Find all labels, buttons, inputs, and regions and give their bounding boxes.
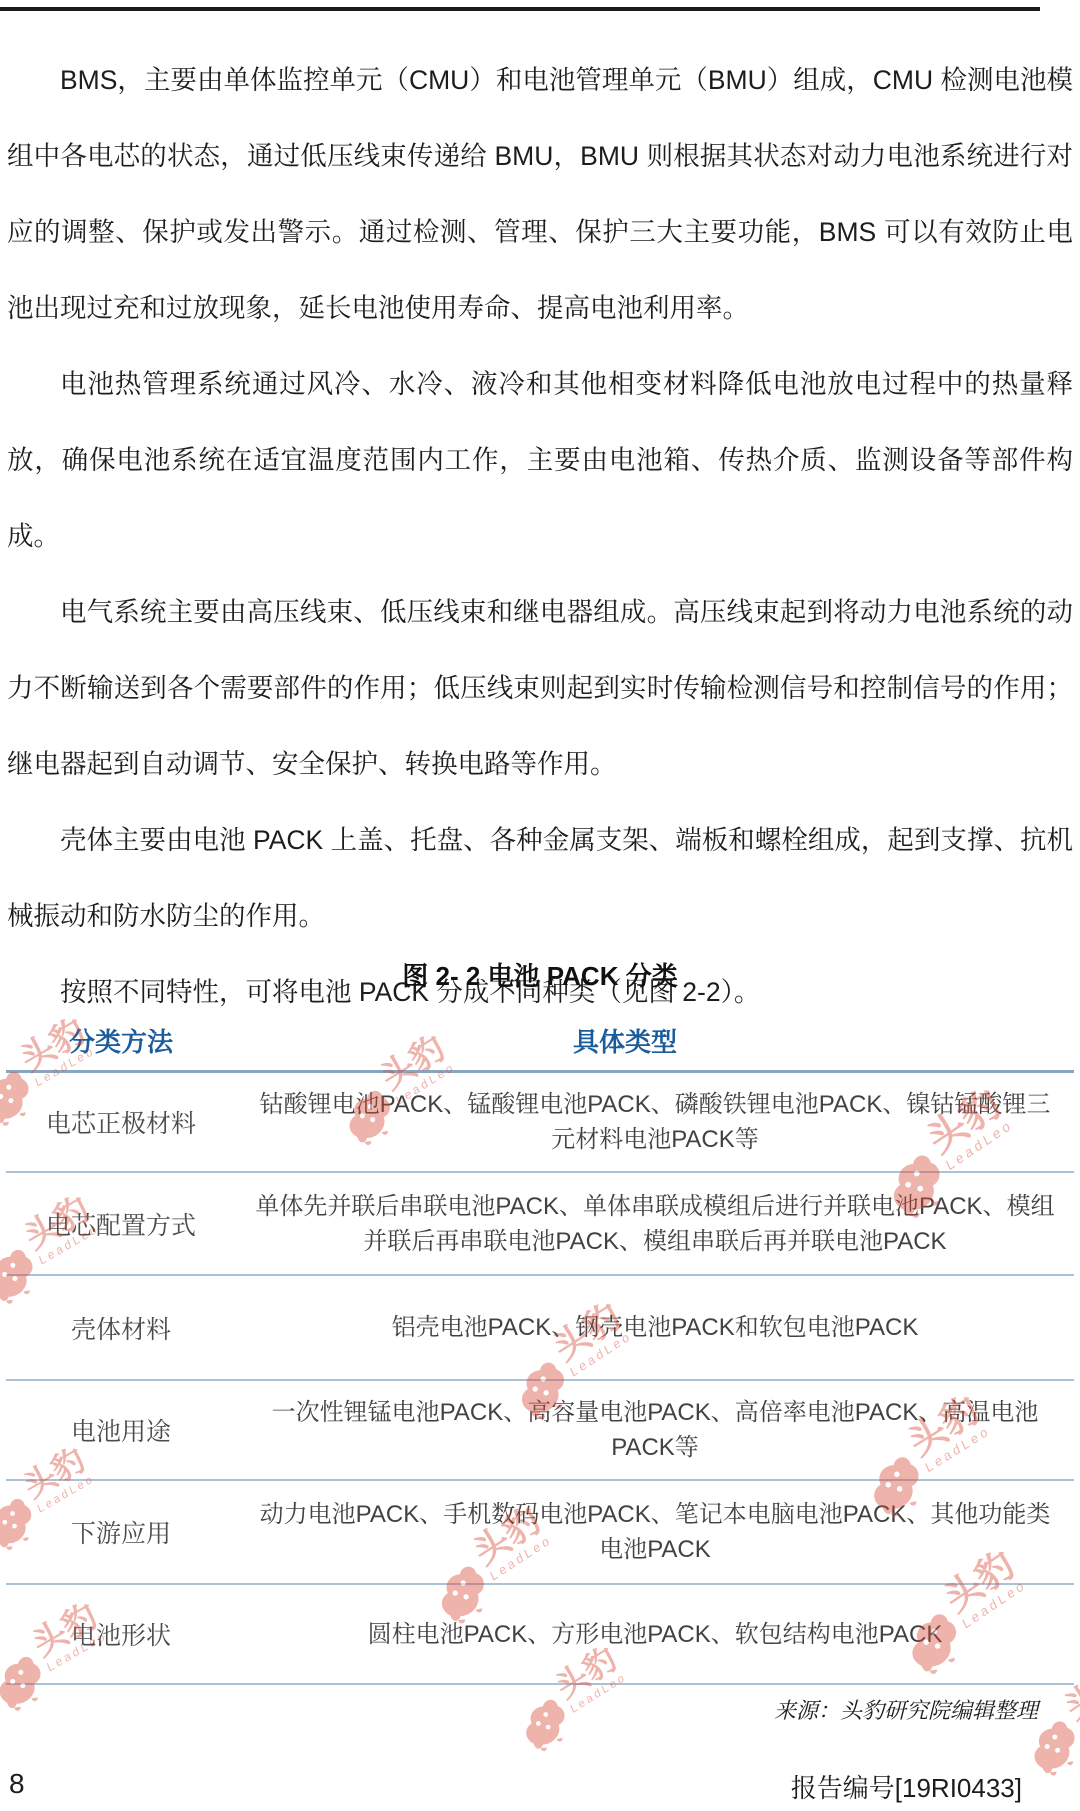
classification-table: 分类方法 具体类型 电芯正极材料钴酸锂电池PACK、锰酸锂电池PACK、磷酸铁锂… <box>6 1010 1074 1685</box>
table-cell-type: 钴酸锂电池PACK、锰酸锂电池PACK、磷酸铁锂电池PACK、镍钴锰酸锂三元材料… <box>236 1073 1074 1171</box>
paragraph-4: 壳体主要由电池 PACK 上盖、托盘、各种金属支架、端板和螺栓组成，起到支撑、抗… <box>7 802 1073 954</box>
figure-caption: 图 2- 2 电池 PACK 分类 <box>0 948 1080 1004</box>
table-cell-method: 电池用途 <box>6 1381 236 1479</box>
table-cell-method: 壳体材料 <box>6 1276 236 1379</box>
table-cell-type: 圆柱电池PACK、方形电池PACK、软包结构电池PACK <box>236 1585 1074 1683</box>
leopard-icon <box>504 1685 580 1761</box>
paragraph-3: 电气系统主要由高压线束、低压线束和继电器组成。高压线束起到将动力电池系统的动力不… <box>7 574 1073 802</box>
table-cell-type: 动力电池PACK、手机数码电池PACK、笔记本电脑电池PACK、其他功能类电池P… <box>236 1481 1074 1583</box>
table-cell-type: 单体先并联后串联电池PACK、单体串联成模组后进行并联电池PACK、模组并联后再… <box>236 1173 1074 1274</box>
table-row: 电芯正极材料钴酸锂电池PACK、锰酸锂电池PACK、磷酸铁锂电池PACK、镍钴锰… <box>6 1073 1074 1173</box>
table-cell-type: 铝壳电池PACK、钢壳电池PACK和软包电池PACK <box>236 1276 1074 1379</box>
table-cell-method: 电池形状 <box>6 1585 236 1683</box>
paragraph-1: BMS，主要由单体监控单元（CMU）和电池管理单元（BMU）组成，CMU 检测电… <box>7 42 1073 346</box>
table-cell-method: 电芯正极材料 <box>6 1073 236 1171</box>
table-row: 下游应用动力电池PACK、手机数码电池PACK、笔记本电脑电池PACK、其他功能… <box>6 1481 1074 1585</box>
table-row: 电芯配置方式单体先并联后串联电池PACK、单体串联成模组后进行并联电池PACK、… <box>6 1173 1074 1276</box>
page-number: 8 <box>9 1768 25 1800</box>
source-note: 来源：头豹研究院编辑整理 <box>774 1694 1038 1725</box>
table-row: 电池形状圆柱电池PACK、方形电池PACK、软包结构电池PACK <box>6 1585 1074 1685</box>
table-cell-method: 电芯配置方式 <box>6 1173 236 1274</box>
table-header-type: 具体类型 <box>236 1022 1074 1059</box>
table-header-row: 分类方法 具体类型 <box>6 1010 1074 1073</box>
table-cell-method: 下游应用 <box>6 1481 236 1583</box>
table-cell-type: 一次性锂锰电池PACK、高容量电池PACK、高倍率电池PACK、高温电池PACK… <box>236 1381 1074 1479</box>
table-row: 电池用途一次性锂锰电池PACK、高容量电池PACK、高倍率电池PACK、高温电池… <box>6 1381 1074 1481</box>
table-row: 壳体材料铝壳电池PACK、钢壳电池PACK和软包电池PACK <box>6 1276 1074 1381</box>
table-header-method: 分类方法 <box>6 1022 236 1059</box>
document-page: BMS，主要由单体监控单元（CMU）和电池管理单元（BMU）组成，CMU 检测电… <box>0 0 1080 1811</box>
report-number: 报告编号[19RI0433] <box>791 1768 1022 1805</box>
paragraph-2: 电池热管理系统通过风冷、水冷、液冷和其他相变材料降低电池放电过程中的热量释放，确… <box>7 346 1073 574</box>
top-rule <box>0 7 1040 11</box>
body-paragraphs: BMS，主要由单体监控单元（CMU）和电池管理单元（BMU）组成，CMU 检测电… <box>7 42 1073 1030</box>
